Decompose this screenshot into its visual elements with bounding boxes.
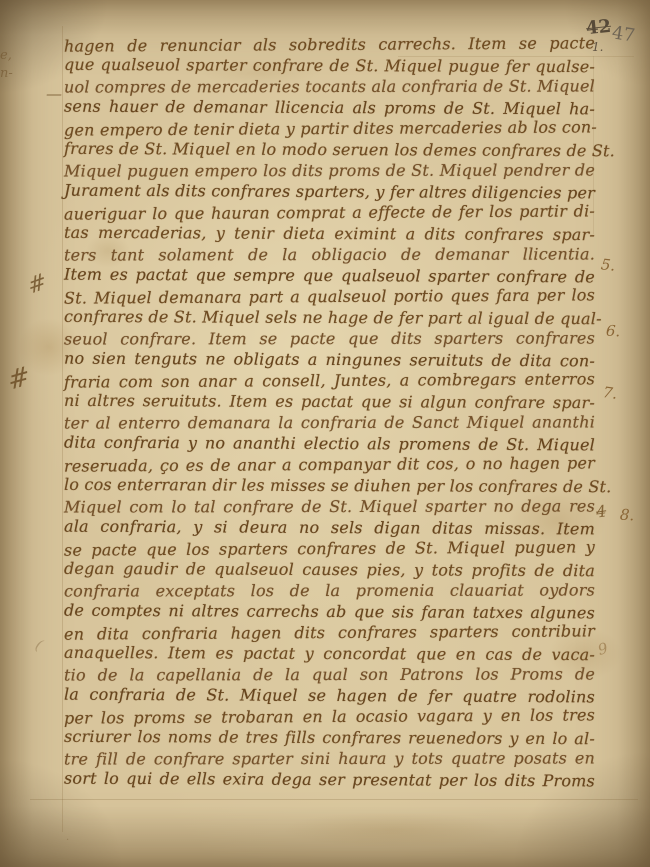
paper-stain: [282, 812, 502, 848]
edge-ink-mark: n-: [0, 66, 13, 81]
manuscript-line: tas mercaderias, y tenir dieta eximint a…: [64, 222, 595, 245]
manuscript-line: de comptes ni altres carrechs ab que sis…: [64, 600, 595, 624]
manuscript-line: degan gaudir de qualseuol causes pies, y…: [64, 558, 595, 581]
manuscript-line: en dita confraria hagen dits confrares s…: [64, 620, 595, 644]
right-margin-item-number-7: 7.: [602, 383, 619, 403]
manuscript-line: hagen de renunciar als sobredits carrech…: [64, 32, 595, 56]
ruled-margin-line-left: [62, 26, 63, 832]
manuscript-line: confraria exceptats los de la promenia c…: [64, 579, 595, 601]
manuscript-line: dita confraria y no ananthi electio als …: [64, 432, 595, 456]
left-margin-hash-mark: #: [7, 361, 30, 398]
manuscript-line: fraria com son anar a consell, Juntes, a…: [64, 368, 595, 392]
manuscript-line: ter al enterro demanara la confraria de …: [64, 411, 595, 433]
edge-ink-mark: e,: [0, 48, 12, 63]
manuscript-line: per los proms se trobaran en la ocasio v…: [64, 704, 595, 728]
manuscript-line: anaquelles. Item es pactat y concordat q…: [64, 642, 595, 665]
manuscript-text-block: hagen de renunciar als sobredits carrech…: [64, 34, 595, 790]
manuscript-line: se pacte que los sparters confrares de S…: [64, 536, 595, 560]
manuscript-line: aueriguar lo que hauran comprat a effect…: [64, 200, 595, 224]
right-margin-item-number-struck: 4: [595, 501, 608, 521]
manuscript-line: St. Miquel demanara part a qualseuol por…: [64, 284, 595, 308]
manuscript-line: tio de la capellania de la qual son Patr…: [64, 663, 595, 685]
manuscript-line: ala confraria, y si deura no sels digan …: [64, 516, 595, 540]
right-margin-item-number-6: 6.: [605, 322, 621, 341]
ruled-margin-line-bottom: [30, 799, 638, 800]
left-margin-hash-mark: #: [27, 269, 48, 301]
edge-ink-mark: (: [33, 636, 46, 655]
manuscript-line: frares de St. Miquel en lo modo seruen l…: [64, 138, 595, 161]
manuscript-line: gen empero de tenir dieta y partir dites…: [64, 116, 595, 140]
right-margin-item-number-9: 9: [596, 639, 610, 659]
manuscript-line: Jurament als dits confrares sparters, y …: [64, 180, 595, 204]
manuscript-line: Item es pactat que sempre que qualseuol …: [64, 264, 595, 288]
manuscript-page: 42 1. 47 # # — e, n- ( . 5. 6. 7. 4 8. 9…: [0, 0, 650, 867]
left-margin-dash-mark: —: [46, 84, 62, 103]
edge-ink-mark: .: [66, 832, 69, 843]
manuscript-line: ni altres seruituts. Item es pactat que …: [64, 390, 595, 413]
right-margin-item-number-8: 8.: [619, 506, 635, 525]
manuscript-line: sort lo qui de ells exira dega ser prese…: [64, 768, 595, 792]
manuscript-line: no sien tenguts ne obligats a ningunes s…: [64, 348, 595, 372]
manuscript-line: ters tant solament de la obligacio de de…: [64, 243, 595, 265]
manuscript-line: la confraria de St. Miquel se hagen de f…: [64, 684, 595, 708]
manuscript-line: tre fill de confrare sparter sini haura …: [64, 747, 595, 769]
right-margin-item-number-5: 5.: [600, 255, 616, 274]
manuscript-line: reseruada, ço es de anar a companyar dit…: [64, 452, 595, 476]
folio-number-current: 47: [610, 22, 636, 46]
manuscript-line: scriurer los noms de tres fills confrare…: [64, 726, 595, 749]
manuscript-line: confrares de St. Miquel sels ne hage de …: [64, 306, 595, 329]
manuscript-line: lo cos enterraran dir les misses se diuh…: [64, 474, 595, 497]
manuscript-line: sens hauer de demanar llicencia als prom…: [64, 96, 595, 120]
manuscript-line: seuol confrare. Item se pacte que dits s…: [64, 327, 595, 349]
manuscript-line: Miquel puguen empero los dits proms de S…: [64, 159, 595, 181]
manuscript-line: uol compres de mercaderies tocants ala c…: [64, 75, 595, 97]
manuscript-line: Miquel com lo tal confrare de St. Miquel…: [64, 495, 595, 517]
manuscript-line: que qualseuol sparter confrare de St. Mi…: [64, 54, 595, 77]
